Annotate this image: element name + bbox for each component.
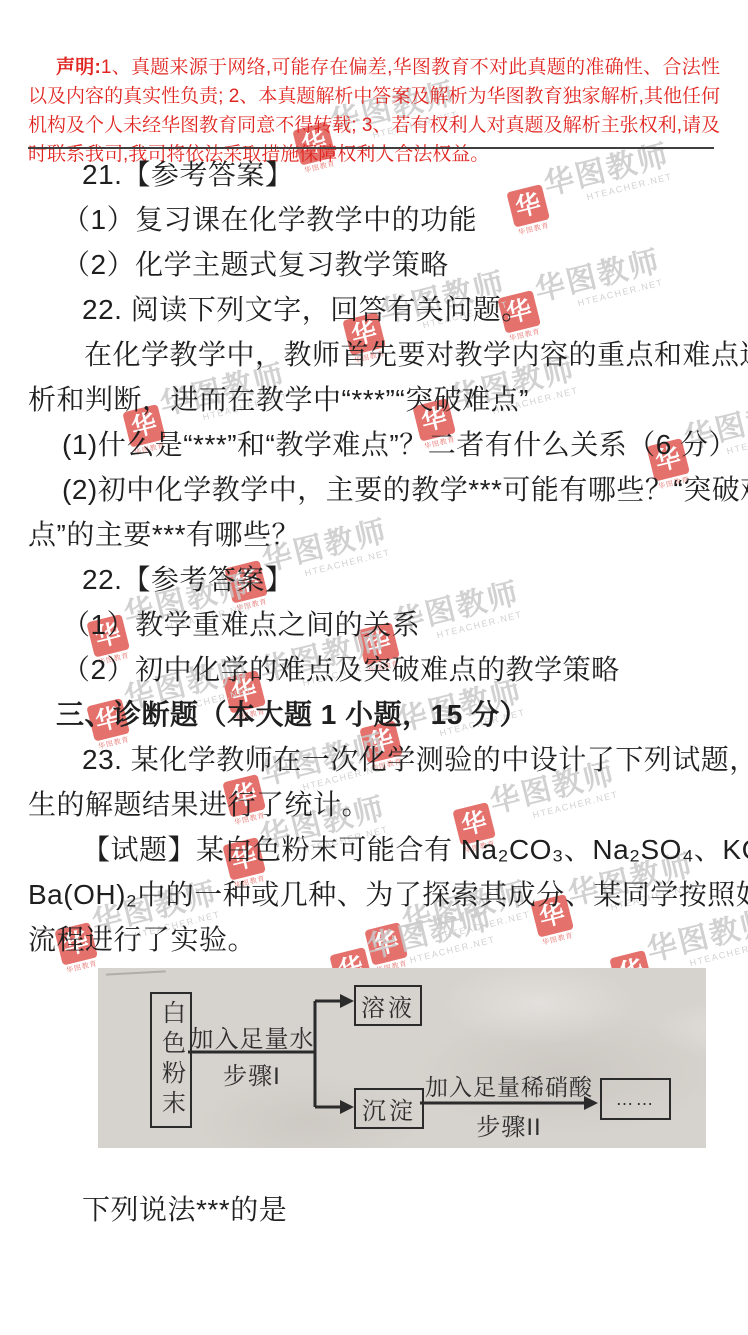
result-label: …… <box>616 1089 656 1110</box>
text-line: 22. 阅读下列文字，回答有关问题。 <box>28 287 728 332</box>
text-line: Ba(OH)₂中的一种或几种、为了探索其成分、某同学按照如图所示 <box>28 872 728 917</box>
text-line: (2)初中化学教学中，主要的教学***可能有哪些？“突破难 <box>28 467 728 512</box>
text-line: 22.【参考答案】 <box>28 557 728 602</box>
solution-label: 溶液 <box>361 988 415 1023</box>
result-box: …… <box>600 1078 671 1120</box>
text-line: 析和判断，进而在教学中“***”“突破难点” <box>28 377 728 422</box>
white-powder-label: 白色粉末 <box>154 1000 189 1120</box>
text-line: 21.【参考答案】 <box>28 152 728 197</box>
text-line: 【试题】某白色粉末可能合有 Na₂CO₃、Na₂SO₄、KCl、K₂SO₄、 <box>28 827 728 872</box>
text-line: 在化学教学中，教师首先要对教学内容的重点和难点进行另 <box>28 332 728 377</box>
text-line: 23. 某化学教师在一次化学测验的中设计了下列试题，并对学 <box>28 737 728 782</box>
solution-box: 溶液 <box>354 985 422 1026</box>
text-line: （2）化学主题式复习教学策略 <box>28 242 728 287</box>
text-line: 生的解题结果进行了统计。 <box>28 782 728 827</box>
precipitate-box: 沉淀 <box>354 1088 424 1129</box>
text-line: (1)什么是“***”和“教学难点”？二者有什么关系（6 分） <box>28 422 728 467</box>
text-line: 点”的主要***有哪些？ <box>28 512 728 557</box>
precipitate-label: 沉淀 <box>362 1091 416 1126</box>
white-powder-box: 白色粉末 <box>150 992 192 1128</box>
main-content: 21.【参考答案】（1）复习课在化学教学中的功能（2）化学主题式复习教学策略22… <box>28 152 728 962</box>
document-page: 华华图教育华图教师HTEACHER.NET华华图教育华图教师HTEACHER.N… <box>0 0 748 1335</box>
experiment-flow-diagram-photo: 白色粉末 加入足量水 步骤I 溶液 沉淀 加入足量稀硝酸 步骤II …… <box>98 968 706 1148</box>
step1-action-label: 加入足量水 <box>188 1019 316 1054</box>
step2-action-label: 加入足量稀硝酸 <box>418 1069 600 1102</box>
text-line: （2）初中化学的难点及突破难点的教学策略 <box>28 647 728 692</box>
disclaimer-label: 声明: <box>56 57 101 78</box>
text-line: 三、诊断题（本大题 1 小题，15 分） <box>28 692 728 737</box>
step2-name-label: 步骤II <box>418 1107 600 1142</box>
step1-name-label: 步骤I <box>188 1056 316 1091</box>
text-line: （1）复习课在化学教学中的功能 <box>28 197 728 242</box>
disclaimer-divider <box>28 147 714 149</box>
text-line: 流程进行了实验。 <box>28 917 728 962</box>
text-line: （1）教学重难点之间的关系 <box>28 602 728 647</box>
question-line: 下列说法***的是 <box>82 1188 287 1228</box>
